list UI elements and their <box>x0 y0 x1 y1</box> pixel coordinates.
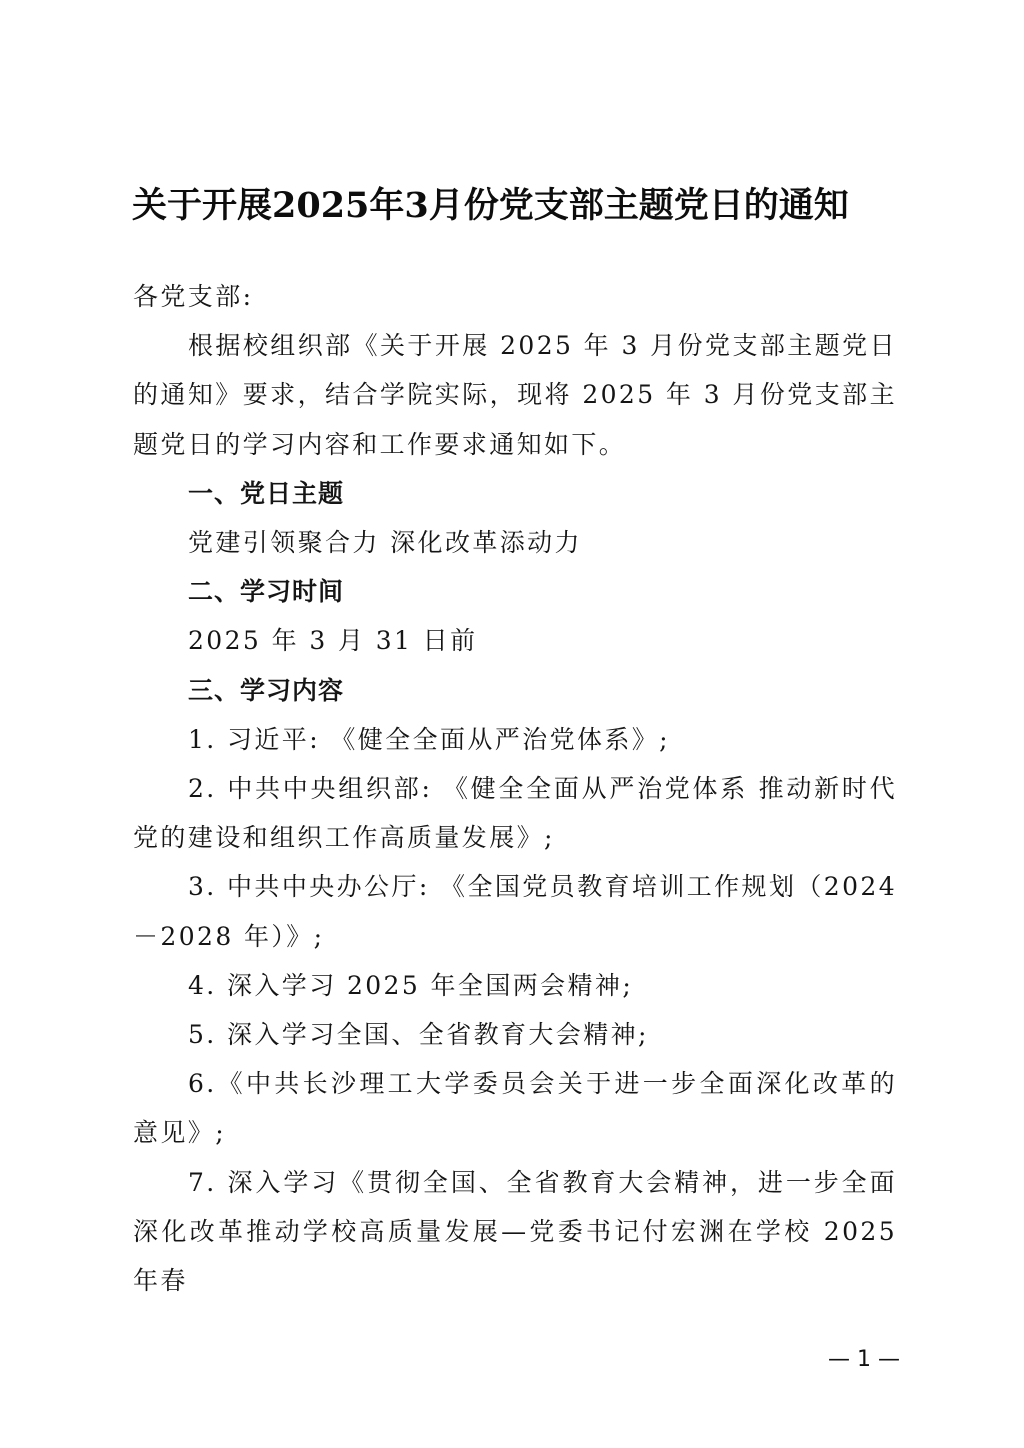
document-page: 关于开展2025年3月份党支部主题党日的通知 各党支部: 根据校组织部《关于开展… <box>0 0 1024 1448</box>
document-body: 各党支部: 根据校组织部《关于开展 2025 年 3 月份党支部主题党日的通知》… <box>133 272 897 1305</box>
study-item-3: 3. 中共中央办公厅: 《全国党员教育培训工作规划（2024－2028 年）》; <box>133 862 897 960</box>
section-heading-theme: 一、党日主题 <box>133 469 897 518</box>
salutation: 各党支部: <box>133 272 897 321</box>
section-content-time: 2025 年 3 月 31 日前 <box>133 616 897 665</box>
section-heading-content: 三、学习内容 <box>133 666 897 715</box>
study-item-1: 1. 习近平: 《健全全面从严治党体系》; <box>133 715 897 764</box>
document-title: 关于开展2025年3月份党支部主题党日的通知 <box>132 178 912 234</box>
section-content-theme: 党建引领聚合力 深化改革添动力 <box>133 518 897 567</box>
page-number: — 1 — <box>828 1345 898 1375</box>
study-item-6: 6.《中共长沙理工大学委员会关于进一步全面深化改革的意见》; <box>133 1059 897 1157</box>
study-item-4: 4. 深入学习 2025 年全国两会精神; <box>133 961 897 1010</box>
intro-paragraph: 根据校组织部《关于开展 2025 年 3 月份党支部主题党日的通知》要求，结合学… <box>133 321 897 469</box>
study-item-2: 2. 中共中央组织部: 《健全全面从严治党体系 推动新时代党的建设和组织工作高质… <box>133 764 897 862</box>
study-item-5: 5. 深入学习全国、全省教育大会精神; <box>133 1010 897 1059</box>
study-item-7: 7. 深入学习《贯彻全国、全省教育大会精神，进一步全面深化改革推动学校高质量发展… <box>133 1158 897 1306</box>
section-heading-time: 二、学习时间 <box>133 567 897 616</box>
